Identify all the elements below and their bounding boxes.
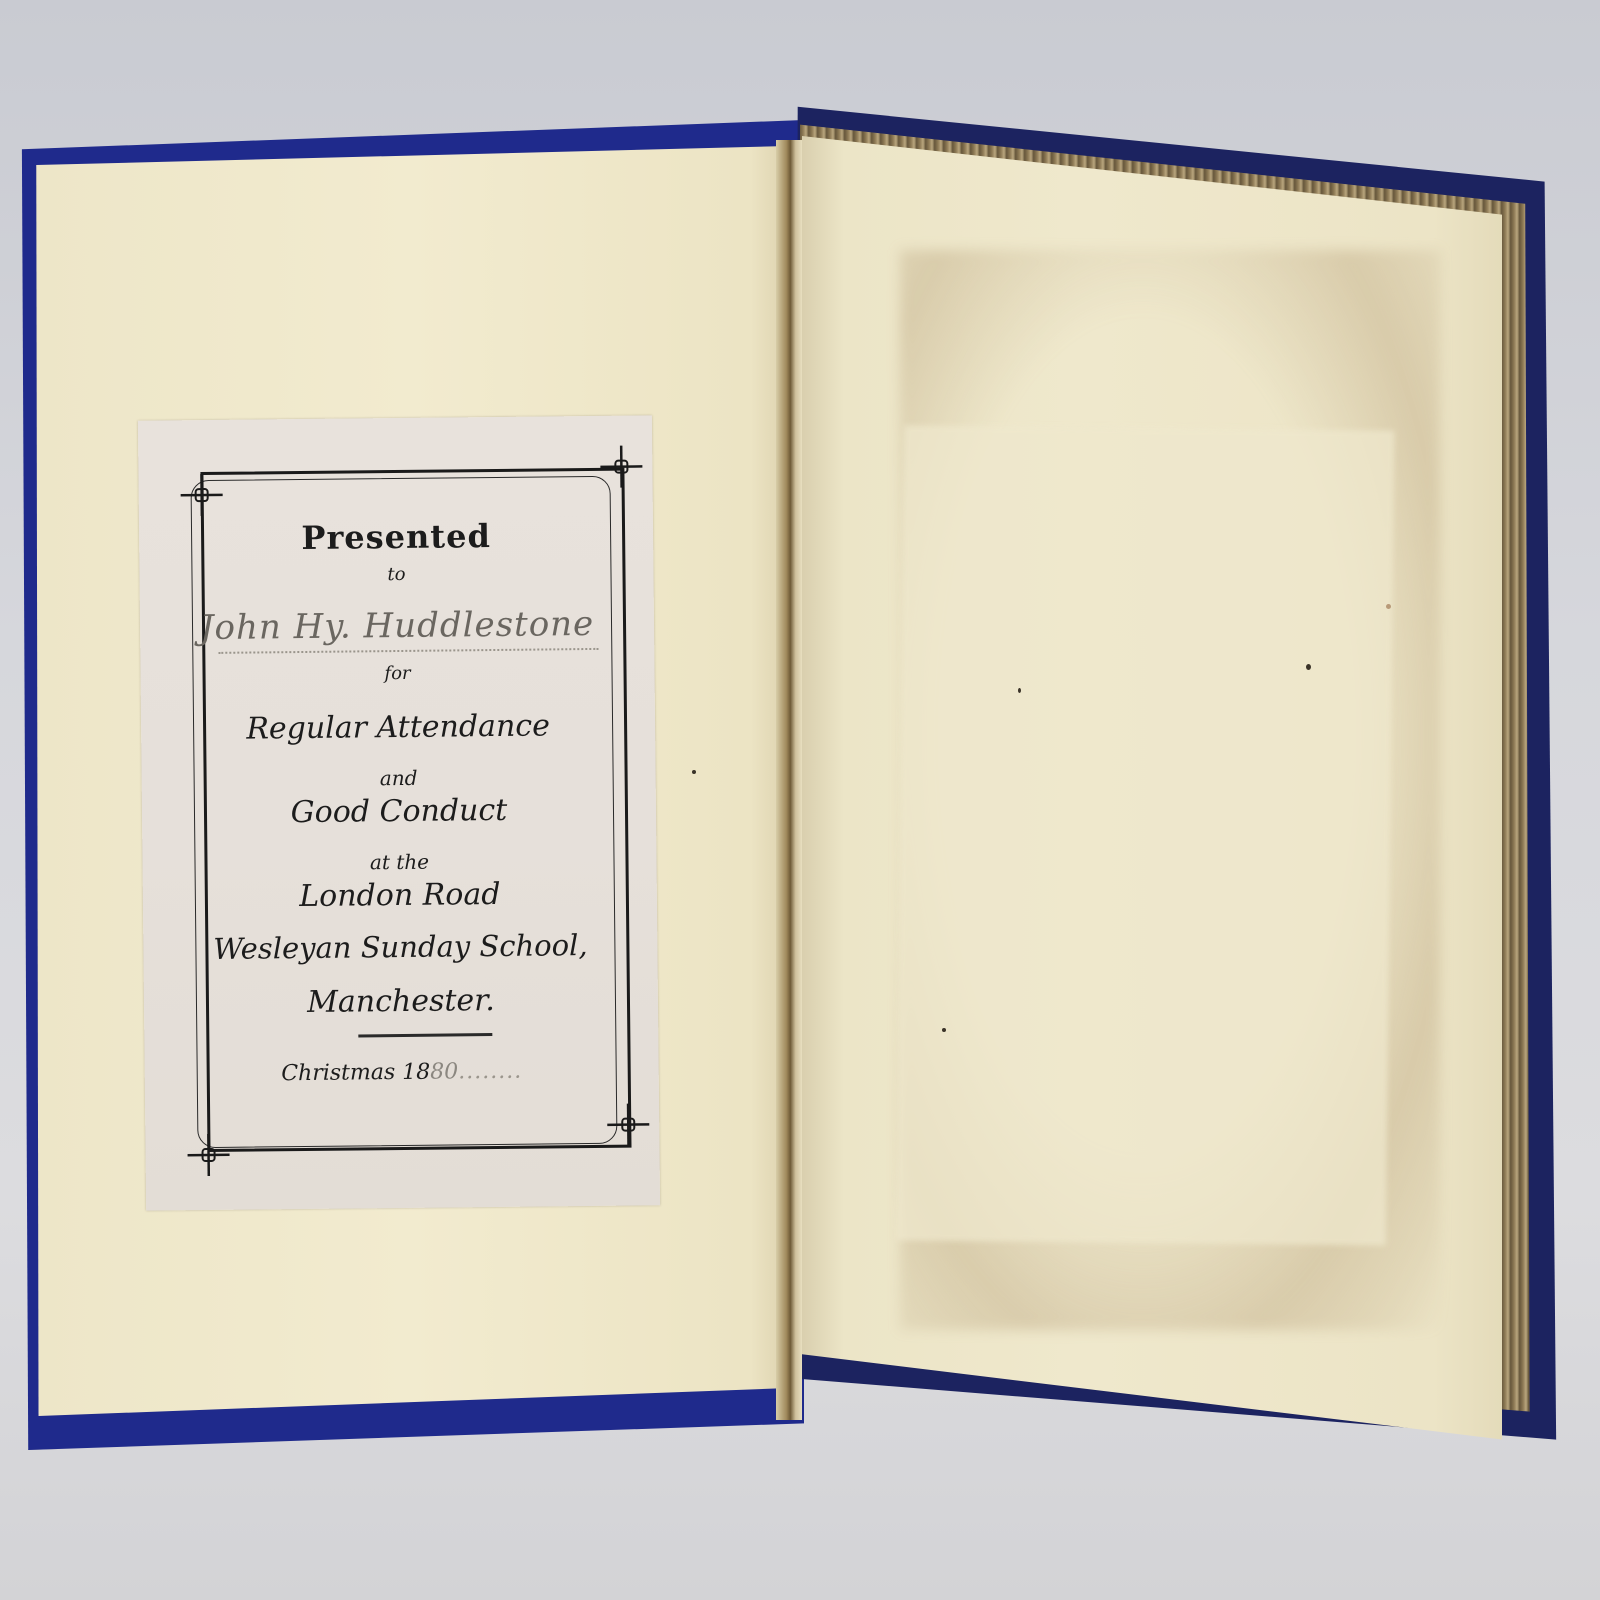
cross-ornament-icon	[605, 1101, 651, 1147]
award-line-conduct: Good Conduct	[142, 791, 656, 831]
date-prefix: Christmas 18	[281, 1060, 430, 1087]
book-gutter	[776, 140, 802, 1420]
foxing-spot	[1018, 688, 1021, 693]
cross-ornament-icon	[598, 443, 644, 489]
cross-ornament-icon	[185, 1132, 231, 1178]
foxing-spot	[942, 1028, 946, 1032]
bookplate-label: Presented to John Hy. Huddlestone for Re…	[138, 415, 660, 1210]
award-line-attendance: Regular Attendance	[141, 707, 655, 747]
book-photo: Presented to John Hy. Huddlestone for Re…	[0, 0, 1600, 1600]
date-dots: ........	[458, 1059, 522, 1085]
foxing-spot	[692, 770, 696, 774]
bookplate-offset-shadow	[896, 425, 1395, 1245]
school-location-road: London Road	[143, 875, 657, 915]
date-year-handwritten: 80	[430, 1059, 458, 1084]
cross-ornament-icon	[178, 472, 224, 518]
recipient-name: John Hy. Huddlestone	[140, 603, 654, 648]
bookplate-heading: Presented	[139, 515, 653, 558]
foxing-spot	[1386, 604, 1391, 609]
school-city: Manchester.	[144, 981, 658, 1021]
foxing-spot	[1306, 664, 1311, 670]
school-name: Wesleyan Sunday School,	[143, 927, 657, 966]
